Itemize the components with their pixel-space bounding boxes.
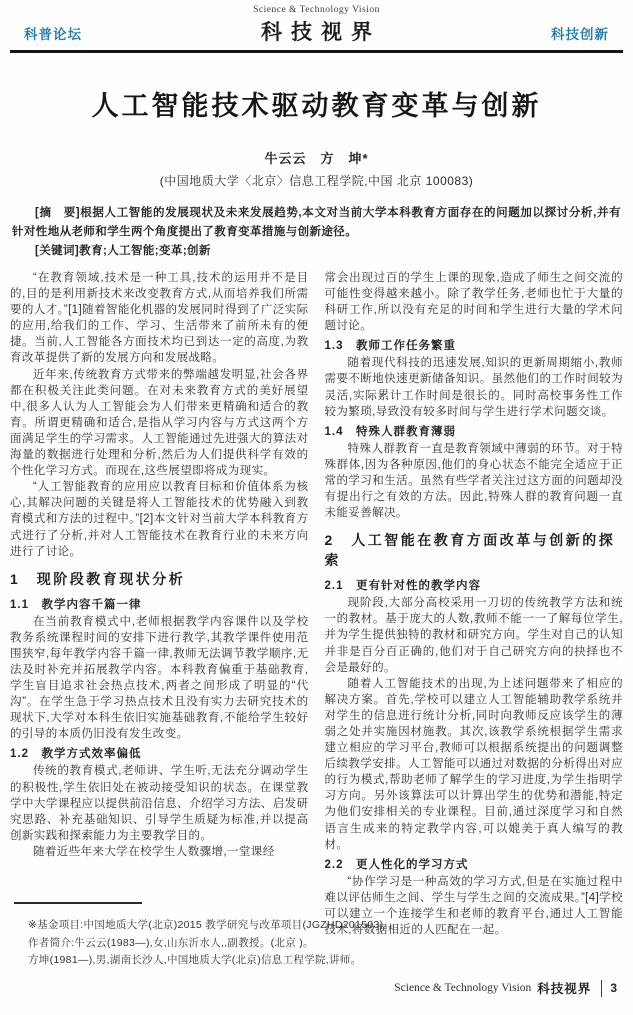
body-paragraph: 在当前教育模式中,老师根据教学内容课件以及学校教务系统课程时间的安排下进行教学,… — [10, 614, 309, 743]
subsection-heading-1-2: 1.2 教学方式效率偏低 — [10, 745, 309, 761]
keywords-paragraph: [关键词]教育;人工智能;变革;创新 — [12, 242, 621, 261]
body-paragraph: 随着近些年来大学在校学生人数骤增,一堂课经 — [10, 844, 309, 860]
abstract-block: [摘 要]根据人工智能的发展现状及未来发展趋势,本文对当前大学本科教育方面存在的… — [12, 204, 621, 261]
body-paragraph-continuation: 常会出现过百的学生上课的现象,造成了师生之间交流的可能性变得越来越小。除了教学任… — [325, 270, 624, 334]
abstract-paragraph: [摘 要]根据人工智能的发展现状及未来发展趋势,本文对当前大学本科教育方面存在的… — [12, 204, 621, 242]
footer-separator — [601, 980, 602, 997]
journal-header: 科普论坛 Science & Technology Vision 科技视界 科技… — [0, 0, 633, 48]
page-number: 3 — [610, 981, 617, 995]
journal-masthead: Science & Technology Vision 科技视界 — [252, 5, 381, 46]
body-paragraph: 特殊人群教育一直是教育领域中薄弱的环节。对于特殊群体,因为各种原因,他们的身心状… — [325, 441, 624, 521]
abstract-label: [摘 要] — [35, 207, 80, 219]
keywords-text: 教育;人工智能;变革;创新 — [79, 245, 211, 257]
subsection-heading-1-4: 1.4 特殊人群教育薄弱 — [325, 423, 624, 439]
footnote-block: ※基金项目:中国地质大学(北京)2015 教学研究与改革项目(JGZHD2015… — [12, 902, 624, 970]
journal-name-chinese: 科技视界 — [252, 16, 381, 46]
section-heading-2: 2 人工智能在教育方面改革与创新的探索 — [325, 530, 624, 570]
body-paragraph: “在教育领域,技术是一种工具,技术的运用并不是目的,目的是利用新技术来改变教育方… — [10, 270, 309, 367]
subsection-heading-2-2: 2.2 更人性化的学习方式 — [325, 856, 624, 872]
article-affiliation: (中国地质大学〈北京〉信息工程学院,中国 北京 100083) — [0, 172, 633, 189]
abstract-text: 根据人工智能的发展现状及未来发展趋势,本文对当前大学本科教育方面存在的问题加以探… — [12, 207, 621, 238]
body-paragraph: 随着人工智能技术的出现,为上述问题带来了相应的解决方案。首先,学校可以建立人工智… — [325, 676, 624, 853]
footer-journal-chinese: 科技视界 — [537, 979, 591, 997]
right-column: 常会出现过百的学生上课的现象,造成了师生之间交流的可能性变得越来越小。除了教学任… — [325, 270, 624, 938]
body-paragraph: 传统的教育模式,老师讲、学生听,无法充分调动学生的积极性,学生依旧处在被动接受知… — [10, 763, 309, 843]
footnote-lines: ※基金项目:中国地质大学(北京)2015 教学研究与改革项目(JGZHD2015… — [12, 917, 624, 970]
subsection-heading-2-1: 2.1 更有针对性的教学内容 — [325, 577, 624, 593]
section-heading-1: 1 现阶段教育现状分析 — [10, 569, 309, 589]
body-paragraph: 现阶段,大部分高校采用一刀切的传统教学方法和统一的教材。基于庞大的人数,教师不能… — [325, 595, 624, 675]
author-bio-note-2: 方坤(1981—),男,湖南长沙人,中国地质大学(北京)信息工程学院,讲师。 — [28, 952, 624, 970]
left-column: “在教育领域,技术是一种工具,技术的运用并不是目的,目的是利用新技术来改变教育方… — [10, 270, 309, 938]
footer-journal-english: Science & Technology Vision — [394, 982, 531, 994]
paper-page: 科普论坛 Science & Technology Vision 科技视界 科技… — [0, 0, 633, 1015]
body-columns: “在教育领域,技术是一种工具,技术的运用并不是目的,目的是利用新技术来改变教育方… — [10, 270, 623, 938]
body-paragraph: 随着现代科技的迅速发展,知识的更新周期缩小,教师需要不断地快速更新储备知识。虽然… — [325, 355, 624, 419]
author-bio-note-1: 作者简介:牛云云(1983—),女,山东沂水人,,副教授。(北京 )。 — [28, 935, 624, 953]
keywords-label: [关键词] — [35, 245, 79, 257]
header-right-label: 科技创新 — [551, 23, 609, 46]
subsection-heading-1-3: 1.3 教师工作任务繁重 — [325, 337, 624, 353]
subsection-heading-1-1: 1.1 教学内容千篇一律 — [10, 596, 309, 612]
body-paragraph: “人工智能教育的应用应以教育目标和价值体系为核心,其解决问题的关键是将人工智能技… — [10, 479, 309, 559]
page-footer: Science & Technology Vision 科技视界 3 — [394, 979, 617, 997]
article-authors: 牛云云 方 坤* — [0, 148, 633, 167]
journal-name-english: Science & Technology Vision — [252, 5, 381, 15]
fund-project-note: ※基金项目:中国地质大学(北京)2015 教学研究与改革项目(JGZHD2015… — [28, 917, 624, 935]
header-left-label: 科普论坛 — [24, 23, 82, 46]
body-paragraph: 近年来,传统教育方式带来的弊端越发明显,社会各界都在积极关注此类问题。在对未来教… — [10, 367, 309, 480]
header-divider-rule — [10, 50, 623, 53]
footnote-divider-rule — [14, 902, 142, 904]
article-title: 人工智能技术驱动教育变革与创新 — [0, 84, 633, 123]
